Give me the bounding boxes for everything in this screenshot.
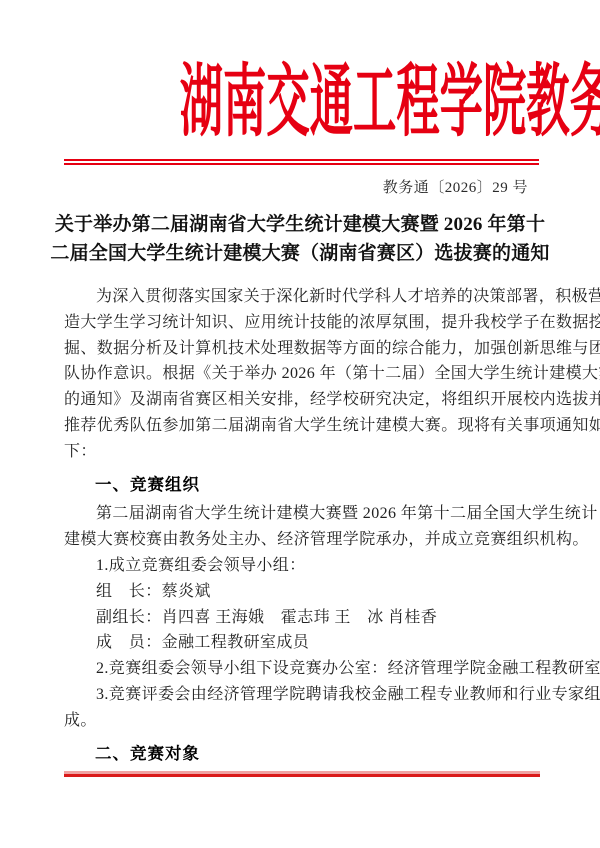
section-1-line: 第二届湖南省大学生统计建模大赛暨 2026 年第十二届全国大学生统计 xyxy=(64,501,546,527)
doc-title-line-1: 关于举办第二届湖南省大学生统计建模大赛暨 2026 年第十 xyxy=(30,210,570,239)
section-1-line: 2.竞赛组委会领导小组下设竞赛办公室：经济管理学院金融工程教研室 xyxy=(64,656,546,682)
footer-rule xyxy=(64,771,540,777)
masthead: 湖南交通工程学院教务处 xyxy=(0,60,600,144)
section-1-line: 成 员：金融工程教研室成员 xyxy=(64,630,546,656)
doc-body: 为深入贯彻落实国家关于深化新时代学科人才培养的决策部署，积极营 造大学生学习统计… xyxy=(64,284,546,770)
section-1-line: 成。 xyxy=(64,708,546,734)
section-1-heading: 一、竞赛组织 xyxy=(64,473,546,499)
intro-line: 造大学生学习统计知识、应用统计技能的浓厚氛围，提升我校学子在数据挖 xyxy=(64,310,546,336)
section-1-line: 3.竞赛评委会由经济管理学院聘请我校金融工程专业教师和行业专家组 xyxy=(64,682,546,708)
footer-rule-dark-stripe xyxy=(64,774,540,777)
intro-line: 为深入贯彻落实国家关于深化新时代学科人才培养的决策部署，积极营 xyxy=(64,284,546,310)
section-1-line: 建模大赛校赛由教务处主办、经济管理学院承办，并成立竞赛组织机构。 xyxy=(64,527,546,553)
doc-title-line-2: 二届全国大学生统计建模大赛（湖南省赛区）选拔赛的通知 xyxy=(30,239,570,268)
document-page: 湖南交通工程学院教务处 教务通〔2026〕29 号 关于举办第二届湖南省大学生统… xyxy=(0,0,600,848)
doc-number: 教务通〔2026〕29 号 xyxy=(383,176,528,197)
intro-line: 队协作意识。根据《关于举办 2026 年（第十二届）全国大学生统计建模大赛 xyxy=(64,361,546,387)
section-2-heading: 二、竞赛对象 xyxy=(64,742,546,768)
section-1-line: 组 长：蔡炎斌 xyxy=(64,579,546,605)
section-1-line: 1.成立竞赛组委会领导小组： xyxy=(64,553,546,579)
section-1-line: 副组长：肖四喜 王海娥 霍志玮 王 冰 肖桂香 xyxy=(64,605,546,631)
intro-line: 的通知》及湖南省赛区相关安排，经学校研究决定，将组织开展校内选拔并 xyxy=(64,387,546,413)
doc-title: 关于举办第二届湖南省大学生统计建模大赛暨 2026 年第十 二届全国大学生统计建… xyxy=(30,210,570,268)
masthead-org-name: 湖南交通工程学院教务处 xyxy=(180,60,600,147)
masthead-divider-line xyxy=(64,159,539,165)
intro-line: 推荐优秀队伍参加第二届湖南省大学生统计建模大赛。现将有关事项通知如 xyxy=(64,413,546,439)
intro-line: 掘、数据分析及计算机技术处理数据等方面的综合能力，加强创新思维与团 xyxy=(64,336,546,362)
intro-line: 下： xyxy=(64,439,546,465)
